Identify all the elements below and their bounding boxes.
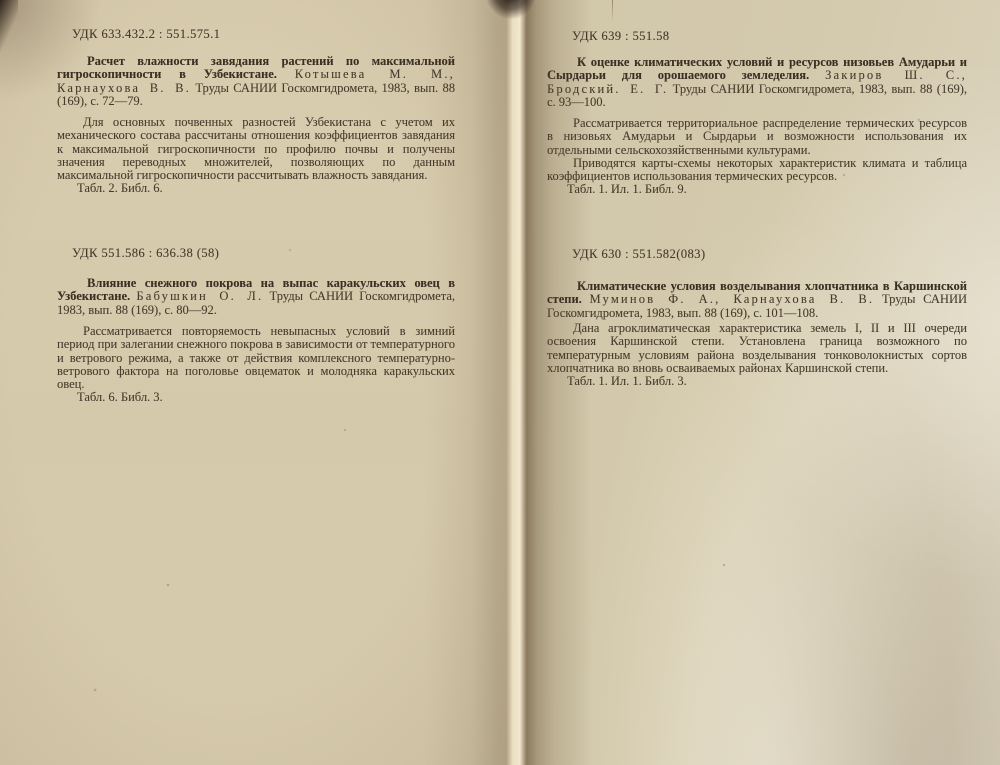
entry-authors: Бабушкин О. Л. [136, 289, 263, 303]
udc-number: УДК 630 : 551.582(083) [572, 247, 705, 262]
bibliographic-entry: Расчет влажности завядания растений по м… [57, 55, 455, 108]
book-spread: УДК 633.432.2 : 551.575.1 Расчет влажнос… [0, 0, 1000, 765]
gutter-top-notch [486, 0, 536, 19]
entry-authors: Муминов Ф. А., Карнаухова В. В. [590, 292, 875, 306]
entry-abstract: Дана агроклиматическая характеристика зе… [547, 322, 967, 388]
bibliographic-entry: Влияние снежного покрова на выпас караку… [57, 277, 455, 317]
entry-abstract: Для основных почвенных разностей Узбекис… [57, 116, 455, 196]
entry-refs: Табл. 1. Ил. 1. Библ. 9. [567, 183, 967, 196]
entry-refs: Табл. 1. Ил. 1. Библ. 3. [567, 375, 967, 388]
abstract-paragraph: Рассматривается повторяемость невыпасных… [57, 325, 455, 391]
abstract-paragraph: Дана агроклиматическая характеристика зе… [547, 322, 967, 375]
bibliographic-entry: Климатические условия возделывания хлопч… [547, 280, 967, 320]
entry-abstract: Рассматривается повторяемость невыпасных… [57, 325, 455, 405]
bibliographic-entry: К оценке климатических условий и ресурсо… [547, 56, 967, 109]
page-gutter-shadow [424, 0, 592, 765]
abstract-paragraph: Приводятся карты-схемы некоторых характе… [547, 157, 967, 184]
abstract-paragraph: Для основных почвенных разностей Узбекис… [57, 116, 455, 182]
paper-crack [612, 0, 613, 22]
entry-refs: Табл. 6. Библ. 3. [77, 391, 455, 404]
page-corner-shadow [0, 0, 18, 52]
udc-number: УДК 551.586 : 636.38 (58) [72, 246, 219, 261]
entry-refs: Табл. 2. Библ. 6. [77, 182, 455, 195]
entry-abstract: Рассматривается территориальное распреде… [547, 117, 967, 197]
abstract-paragraph: Рассматривается территориальное распреде… [547, 117, 967, 157]
udc-number: УДК 633.432.2 : 551.575.1 [72, 27, 220, 42]
